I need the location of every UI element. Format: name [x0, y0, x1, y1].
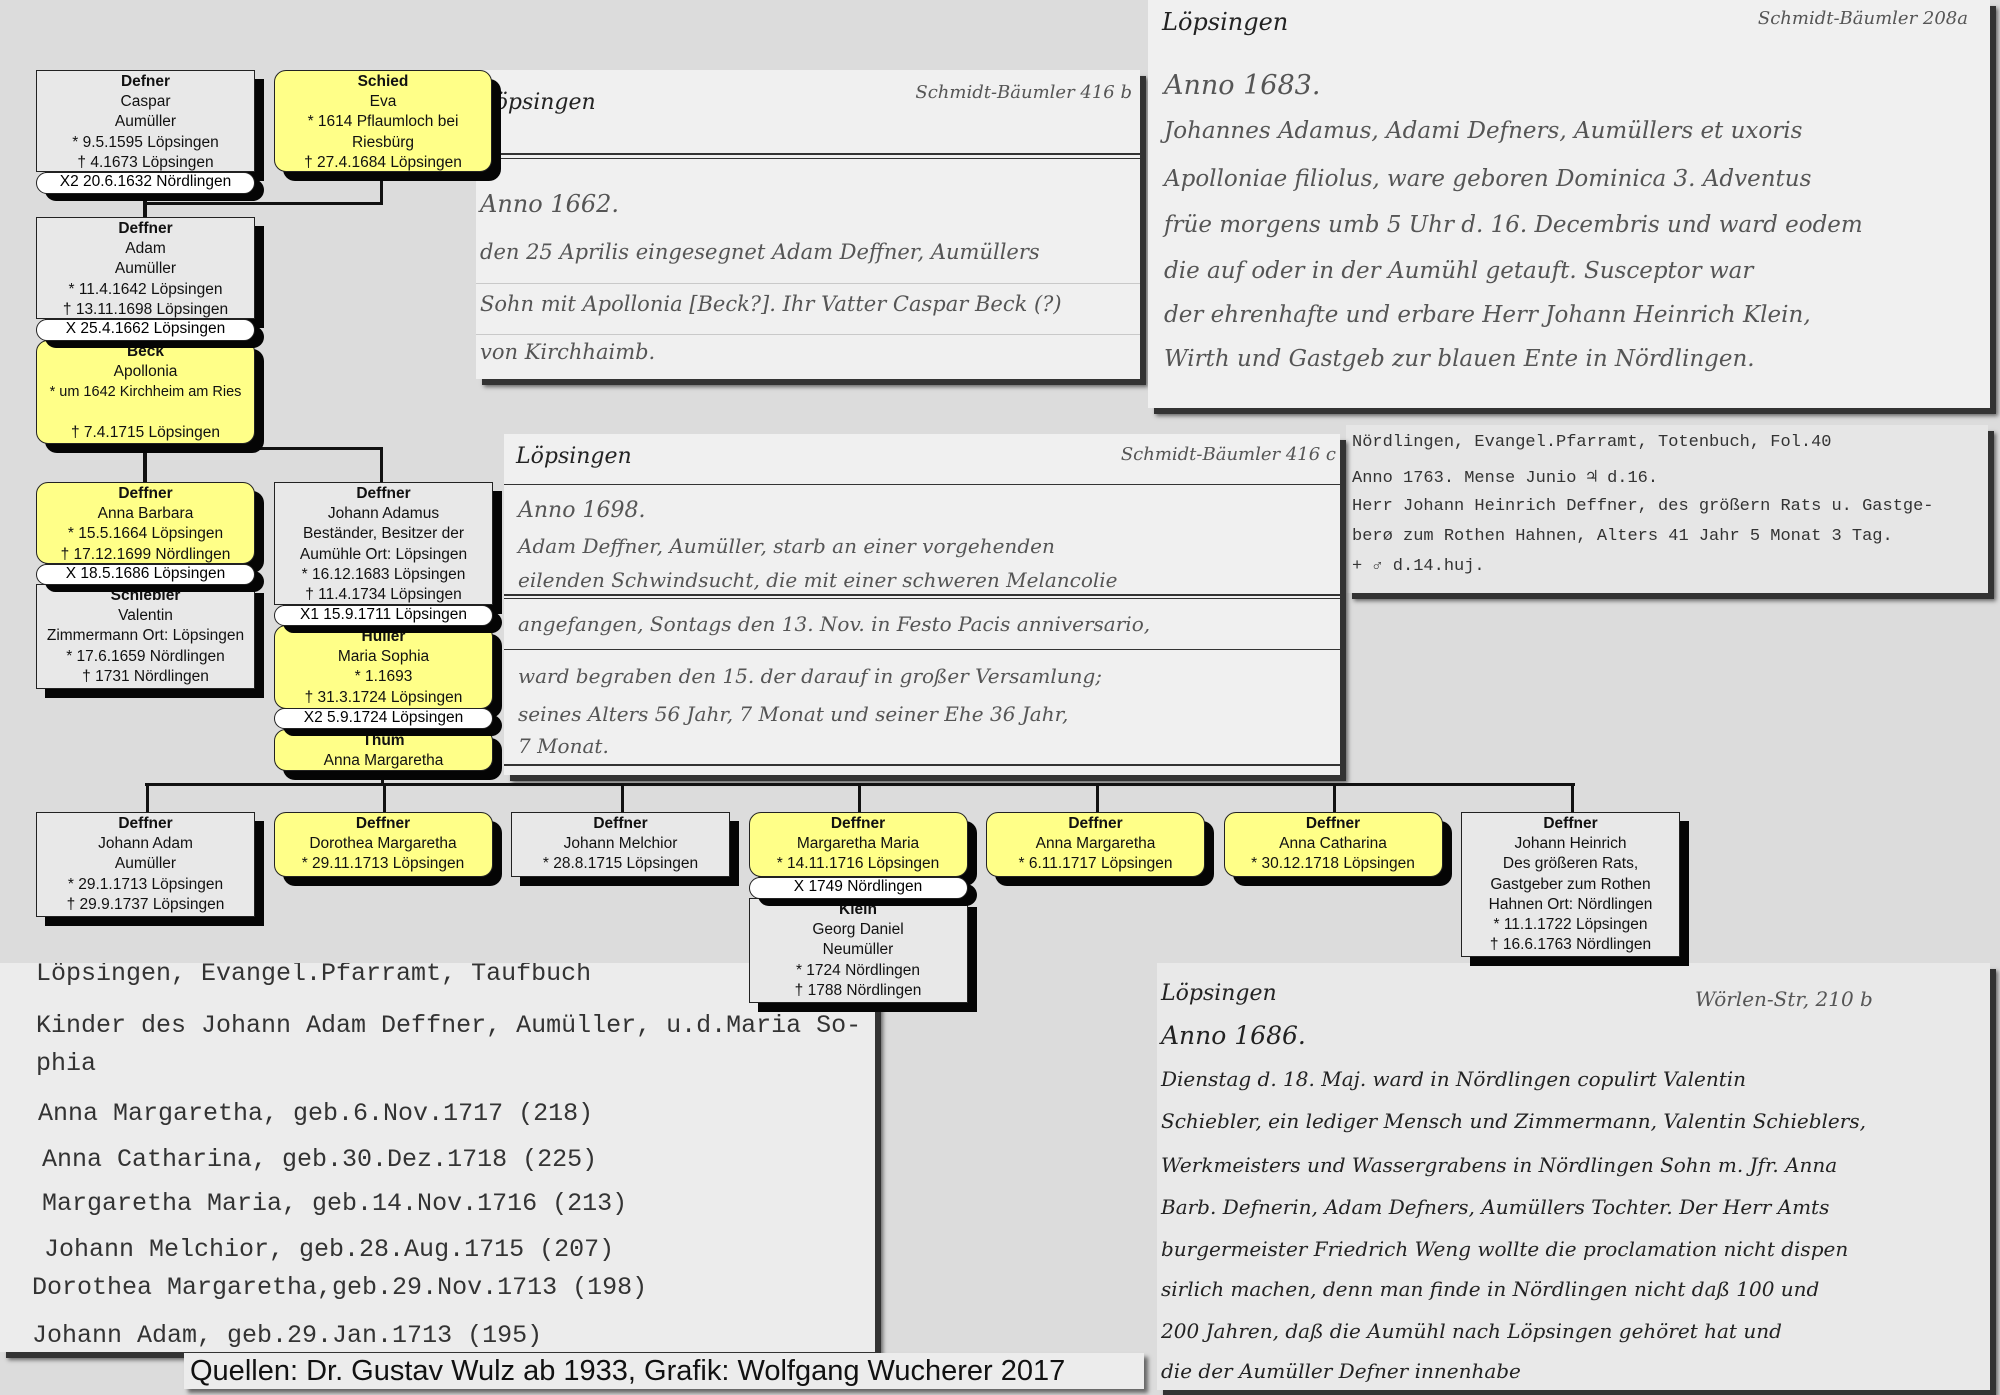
doc-line: burgermeister Friedrich Weng wollte die …: [1161, 1237, 1848, 1261]
baptism-entry: Anna Catharina, geb.30.Dez.1718 (225): [42, 1145, 597, 1174]
birth: * 11.4.1642 Löpsingen: [37, 280, 254, 300]
credits-footer: Quellen: Dr. Gustav Wulz ab 1933, Grafik…: [184, 1353, 1144, 1389]
given-name: Johann Adamus: [275, 504, 492, 524]
baptism-entry: Anna Margaretha, geb.6.Nov.1717 (218): [38, 1099, 593, 1128]
doc-line: der ehrenhafte und erbare Herr Johann He…: [1164, 302, 1811, 328]
person-detail: Anna Catharina: [1225, 834, 1442, 854]
person-box-johann-adamus-deffner[interactable]: Deffner Johann Adamus Beständer, Besitze…: [274, 482, 493, 605]
doc-line: Johannes Adamus, Adami Defners, Aumüller…: [1164, 118, 1802, 144]
surname: Deffner: [512, 814, 729, 834]
person-box-adam-deffner[interactable]: Deffner Adam Aumüller * 11.4.1642 Löpsin…: [36, 217, 255, 319]
death: † 31.3.1724 Löpsingen: [275, 688, 492, 708]
occupation: Aumühle Ort: Löpsingen: [275, 545, 492, 565]
marriage-pill: X 1749 Nördlingen: [749, 877, 968, 899]
death: † 4.1673 Löpsingen: [37, 153, 254, 173]
doc-intro: phia: [36, 1049, 96, 1078]
surname: Deffner: [275, 814, 492, 834]
document-1683-baptism: Löpsingen Schmidt-Bäumler 208a Anno 1683…: [1148, 0, 1990, 408]
birth: * 1.1693: [275, 667, 492, 687]
surname: Defner: [37, 72, 254, 92]
surname: Schied: [275, 72, 491, 92]
person-box-child[interactable]: DeffnerDorothea Margaretha* 29.11.1713 L…: [274, 812, 493, 877]
doc-line: angefangen, Sontags den 13. Nov. in Fest…: [518, 612, 1150, 636]
document-totenbuch-1763: Nördlingen, Evangel.Pfarramt, Totenbuch,…: [1346, 425, 1988, 593]
doc-line: 7 Monat.: [518, 734, 609, 758]
person-detail: Aumüller: [37, 854, 254, 874]
doc-ref: Schmidt-Bäumler 208a: [1758, 8, 1968, 29]
doc-ref: Schmidt-Bäumler 416 c: [1121, 444, 1336, 465]
doc-line: Adam Deffner, Aumüller, starb an einer v…: [518, 534, 1055, 558]
person-box-child[interactable]: DeffnerJohann HeinrichDes größeren Rats,…: [1461, 812, 1680, 957]
surname: Deffner: [750, 814, 967, 834]
doc-place: Löpsingen: [1161, 981, 1277, 1006]
doc-line: Anno 1683.: [1164, 70, 1320, 101]
occupation: Aumüller: [37, 259, 254, 279]
doc-line: sirlich machen, denn man finde in Nördli…: [1161, 1277, 1819, 1301]
person-detail: † 16.6.1763 Nördlingen: [1462, 935, 1679, 955]
person-box-child[interactable]: DeffnerAnna Catharina* 30.12.1718 Löpsin…: [1224, 812, 1443, 877]
person-detail: Georg Daniel: [750, 920, 967, 940]
marriage-pill: X1 15.9.1711 Löpsingen: [274, 605, 493, 626]
person-box-maria-sophia-hueller[interactable]: Hüller Maria Sophia * 1.1693 † 31.3.1724…: [274, 625, 493, 709]
person-detail: Johann Heinrich: [1462, 834, 1679, 854]
birth: * 9.5.1595 Löpsingen: [37, 133, 254, 153]
baptism-entry: Johann Melchior, geb.28.Aug.1715 (207): [44, 1235, 614, 1264]
document-taufbuch: Löpsingen, Evangel.Pfarramt, Taufbuch Ki…: [0, 963, 875, 1352]
doc-line: Herr Johann Heinrich Deffner, des größer…: [1352, 497, 1934, 516]
person-box-caspar-defner[interactable]: Defner Caspar Aumüller * 9.5.1595 Löpsin…: [36, 70, 255, 172]
death: † 27.4.1684 Löpsingen: [275, 153, 491, 173]
surname: Deffner: [275, 484, 492, 504]
doc-line: Dienstag d. 18. Maj. ward in Nördlingen …: [1161, 1067, 1746, 1091]
doc-place: Löpsingen: [1162, 8, 1288, 36]
doc-ref: Schmidt-Bäumler 416 b: [915, 82, 1132, 103]
person-detail: Margaretha Maria: [750, 834, 967, 854]
doc-line: + ♂ d.14.huj.: [1352, 557, 1485, 576]
baptism-entry: Johann Adam, geb.29.Jan.1713 (195): [32, 1321, 542, 1350]
death: † 11.4.1734 Löpsingen: [275, 585, 492, 605]
doc-line: Anno 1763. Mense Junio ♃ d.16.: [1352, 467, 1658, 488]
birth: * 17.6.1659 Nördlingen: [37, 647, 254, 667]
doc-line: die der Aumüller Defner innenhabe: [1161, 1359, 1521, 1383]
surname: Schiebler: [37, 586, 254, 606]
doc-intro: Kinder des Johann Adam Deffner, Aumüller…: [36, 1011, 861, 1040]
person-box-anna-margaretha-thum[interactable]: Thum Anna Margaretha: [274, 729, 493, 771]
surname: Deffner: [1462, 814, 1679, 834]
person-detail: * 29.1.1713 Löpsingen: [37, 875, 254, 895]
given-name: Adam: [37, 239, 254, 259]
birth: * 16.12.1683 Löpsingen: [275, 565, 492, 585]
given-name: Anna Margaretha: [275, 751, 492, 771]
doc-line: früe morgens umb 5 Uhr d. 16. Decembris …: [1164, 212, 1863, 238]
person-detail: † 29.9.1737 Löpsingen: [37, 895, 254, 915]
marriage-pill: X 18.5.1686 Löpsingen: [36, 564, 255, 585]
death: † 1731 Nördlingen: [37, 667, 254, 687]
person-detail: Des größeren Rats,: [1462, 854, 1679, 874]
doc-place: Löpsingen: [516, 444, 632, 469]
surname: Deffner: [987, 814, 1204, 834]
doc-line: Anno 1686.: [1161, 1021, 1306, 1050]
person-detail: † 1788 Nördlingen: [750, 981, 967, 1001]
person-detail: Johann Adam: [37, 834, 254, 854]
doc-line: Barb. Defnerin, Adam Defners, Aumüllers …: [1161, 1195, 1829, 1219]
person-box-child[interactable]: DeffnerAnna Margaretha* 6.11.1717 Löpsin…: [986, 812, 1205, 877]
death: † 7.4.1715 Löpsingen: [37, 423, 254, 443]
doc-line: ward begraben den 15. der darauf in groß…: [518, 664, 1102, 688]
doc-line: Schiebler, ein lediger Mensch und Zimmer…: [1161, 1109, 1866, 1133]
marriage-pill: X2 5.9.1724 Löpsingen: [274, 708, 493, 729]
marriage-pill: X2 20.6.1632 Nördlingen: [36, 172, 255, 194]
given-name: Caspar: [37, 92, 254, 112]
birth: * 15.5.1664 Löpsingen: [37, 524, 254, 544]
death: † 13.11.1698 Löpsingen: [37, 300, 254, 320]
person-detail: Dorothea Margaretha: [275, 834, 492, 854]
given-name: Apollonia: [37, 362, 254, 382]
person-detail: Neumüller: [750, 940, 967, 960]
doc-line: eilenden Schwindsucht, die mit einer sch…: [518, 568, 1118, 592]
person-detail: * 6.11.1717 Löpsingen: [987, 854, 1204, 874]
person-detail: * 11.1.1722 Löpsingen: [1462, 915, 1679, 935]
baptism-entry: Margaretha Maria, geb.14.Nov.1716 (213): [42, 1189, 627, 1218]
marriage-pill: X 25.4.1662 Löpsingen: [36, 319, 255, 341]
surname: Beck: [37, 342, 254, 362]
document-1698-death: Löpsingen Schmidt-Bäumler 416 c Anno 169…: [504, 434, 1340, 775]
person-box-child[interactable]: DeffnerMargaretha Maria* 14.11.1716 Löps…: [749, 812, 968, 877]
baptism-entry: Dorothea Margaretha,geb.29.Nov.1713 (198…: [32, 1273, 647, 1302]
doc-line: 200 Jahren, daß die Aumühl nach Löpsinge…: [1161, 1319, 1782, 1343]
surname: Klein: [750, 900, 967, 920]
person-detail: * 14.11.1716 Löpsingen: [750, 854, 967, 874]
given-name: Valentin: [37, 606, 254, 626]
occupation: Aumüller: [37, 112, 254, 132]
death: † 17.12.1699 Nördlingen: [37, 545, 254, 565]
doc-line: Apolloniae filiolus, ware geboren Domini…: [1164, 166, 1811, 192]
birth: Riesbürg: [275, 133, 491, 153]
doc-line: den 25 Aprilis eingesegnet Adam Deffner,…: [480, 240, 1040, 264]
surname: Deffner: [37, 219, 254, 239]
doc-place: Löpsingen: [480, 90, 596, 115]
doc-line: seines Alters 56 Jahr, 7 Monat und seine…: [518, 702, 1068, 726]
given-name: Anna Barbara: [37, 504, 254, 524]
surname: Deffner: [37, 484, 254, 504]
birth: * 1614 Pflaumloch bei: [275, 112, 491, 132]
person-box-eva-schied[interactable]: Schied Eva * 1614 Pflaumloch bei Riesbür…: [274, 70, 492, 172]
document-1686-marriage: Löpsingen Wörlen-Str, 210 b Anno 1686. D…: [1157, 963, 1990, 1390]
person-detail: Hahnen Ort: Nördlingen: [1462, 895, 1679, 915]
doc-header: Löpsingen, Evangel.Pfarramt, Taufbuch: [36, 963, 591, 988]
person-detail: Johann Melchior: [512, 834, 729, 854]
person-detail: * 29.11.1713 Löpsingen: [275, 854, 492, 874]
doc-header: Nördlingen, Evangel.Pfarramt, Totenbuch,…: [1352, 433, 1831, 452]
person-detail: * 28.8.1715 Löpsingen: [512, 854, 729, 874]
doc-line: Anno 1698.: [518, 498, 645, 523]
occupation: Zimmermann Ort: Löpsingen: [37, 626, 254, 646]
document-1662-marriage: Löpsingen Schmidt-Bäumler 416 b Anno 166…: [476, 70, 1140, 379]
surname: Deffner: [37, 814, 254, 834]
doc-line: Sohn mit Apollonia [Beck?]. Ihr Vatter C…: [480, 292, 1062, 316]
given-name: Maria Sophia: [275, 647, 492, 667]
person-box-valentin-schiebler[interactable]: Schiebler Valentin Zimmermann Ort: Löpsi…: [36, 584, 255, 689]
surname: Thum: [275, 731, 492, 751]
surname: Deffner: [1225, 814, 1442, 834]
doc-line: von Kirchhaimb.: [480, 340, 655, 364]
doc-line: Wirth und Gastgeb zur blauen Ente in Nör…: [1164, 346, 1755, 372]
person-box-anna-barbara-deffner[interactable]: Deffner Anna Barbara * 15.5.1664 Löpsing…: [36, 482, 255, 564]
given-name: Eva: [275, 92, 491, 112]
doc-line: Werkmeisters und Wassergrabens in Nördli…: [1161, 1153, 1837, 1177]
doc-line: die auf oder in der Aumühl getauft. Susc…: [1164, 258, 1753, 284]
occupation: Beständer, Besitzer der: [275, 524, 492, 544]
doc-line: berø zum Rothen Hahnen, Alters 41 Jahr 5…: [1352, 527, 1893, 546]
doc-ref: Wörlen-Str, 210 b: [1695, 987, 1873, 1011]
person-detail: * 30.12.1718 Löpsingen: [1225, 854, 1442, 874]
person-detail: Gastgeber zum Rothen: [1462, 875, 1679, 895]
person-box-child[interactable]: DeffnerJohann Melchior* 28.8.1715 Löpsin…: [511, 812, 730, 877]
person-box-spouse[interactable]: KleinGeorg DanielNeumüller* 1724 Nördlin…: [749, 898, 968, 1003]
surname: Hüller: [275, 627, 492, 647]
person-box-apollonia-beck[interactable]: Beck Apollonia * um 1642 Kirchheim am Ri…: [36, 340, 255, 444]
doc-line: Anno 1662.: [480, 190, 619, 218]
person-box-child[interactable]: DeffnerJohann AdamAumüller* 29.1.1713 Lö…: [36, 812, 255, 917]
person-detail: Anna Margaretha: [987, 834, 1204, 854]
birth: * um 1642 Kirchheim am Ries: [37, 382, 254, 402]
person-detail: * 1724 Nördlingen: [750, 961, 967, 981]
